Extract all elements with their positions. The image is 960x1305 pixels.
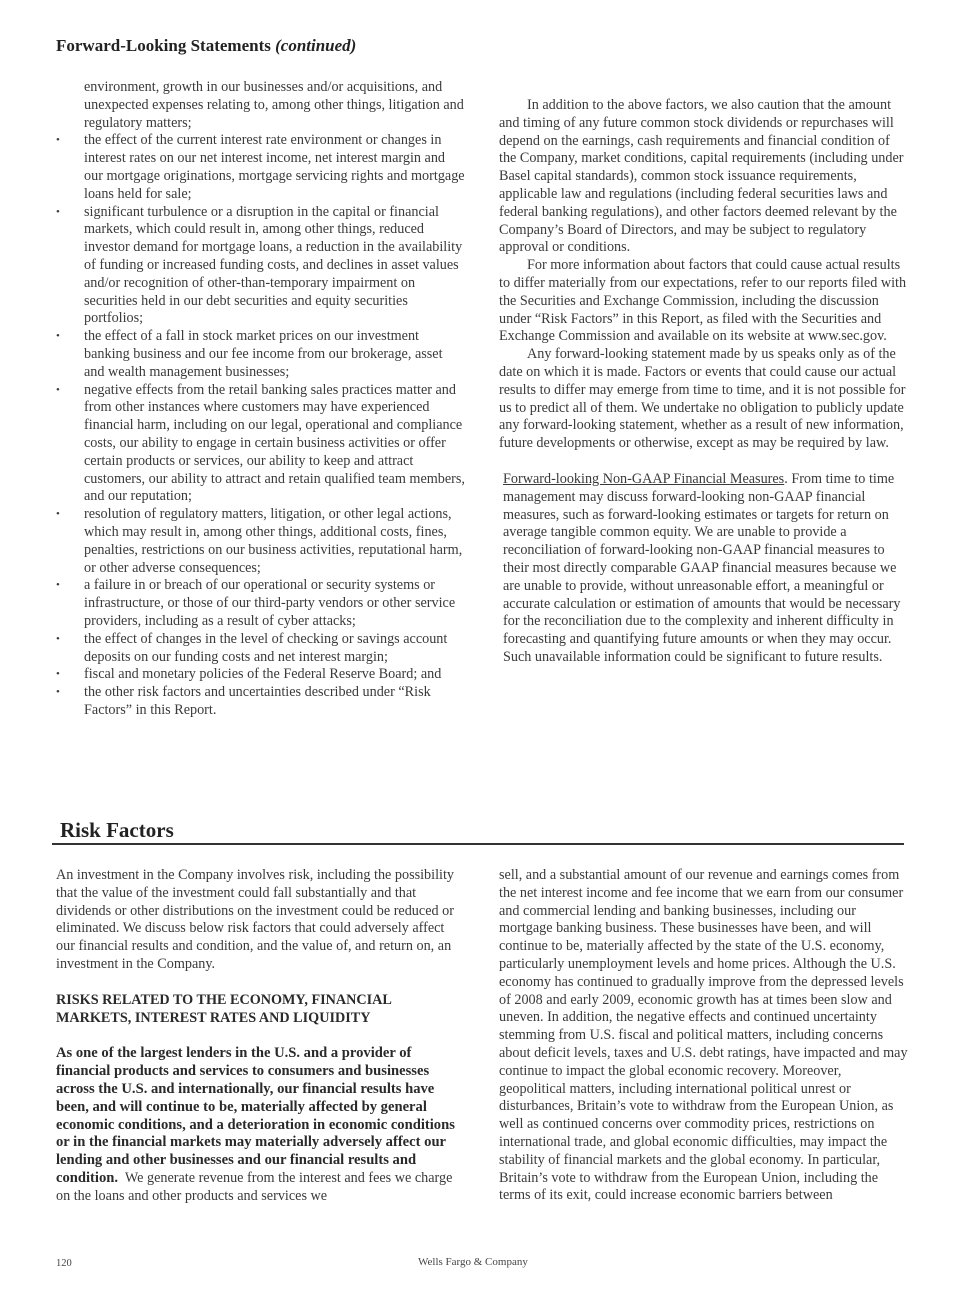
risk-bullet-list: the effect of the current interest rate … (56, 132, 466, 719)
page-header: Forward-Looking Statements (continued) (56, 36, 356, 56)
non-gaap-heading: Forward-looking Non-GAAP Financial Measu… (503, 471, 784, 487)
risk-body-right: sell, and a substantial amount of our re… (499, 867, 909, 1205)
forward-looking-right-column: In addition to the above factors, we als… (499, 97, 909, 667)
section-title-risk-factors: Risk Factors (60, 818, 174, 843)
list-item: fiscal and monetary policies of the Fede… (56, 666, 466, 684)
section-divider (52, 843, 904, 845)
list-item: a failure in or breach of our operationa… (56, 577, 466, 630)
risk-paragraph-economy: As one of the largest lenders in the U.S… (56, 1045, 466, 1205)
header-title-suffix: (continued) (275, 36, 356, 55)
forward-looking-left-column: environment, growth in our businesses an… (56, 79, 466, 720)
list-item: significant turbulence or a disruption i… (56, 204, 466, 329)
paragraph-dividends: In addition to the above factors, we als… (499, 97, 909, 257)
paragraph-non-gaap: Forward-looking Non-GAAP Financial Measu… (499, 471, 909, 667)
paragraph-speaks-only: Any forward-looking statement made by us… (499, 346, 909, 453)
list-item: the other risk factors and uncertainties… (56, 684, 466, 720)
footer-company-name: Wells Fargo & Company (418, 1256, 528, 1268)
paragraph-more-information: For more information about factors that … (499, 257, 909, 346)
risk-subheading: RISKS RELATED TO THE ECONOMY, FINANCIAL … (56, 992, 466, 1028)
list-item: negative effects from the retail banking… (56, 382, 466, 507)
continued-bullet-text: environment, growth in our businesses an… (56, 79, 466, 132)
risk-bold-lead: As one of the largest lenders in the U.S… (56, 1045, 455, 1186)
list-item: the effect of the current interest rate … (56, 132, 466, 203)
list-item: the effect of changes in the level of ch… (56, 631, 466, 667)
risk-factors-intro: An investment in the Company involves ri… (56, 867, 466, 974)
risk-factors-right-column: sell, and a substantial amount of our re… (499, 867, 909, 1205)
header-title: Forward-Looking Statements (56, 36, 271, 55)
list-item: resolution of regulatory matters, litiga… (56, 506, 466, 577)
risk-factors-left-column: An investment in the Company involves ri… (56, 867, 466, 1206)
non-gaap-text: . From time to time management may discu… (503, 471, 901, 665)
list-item: the effect of a fall in stock market pri… (56, 328, 466, 381)
page-number: 120 (56, 1258, 72, 1269)
